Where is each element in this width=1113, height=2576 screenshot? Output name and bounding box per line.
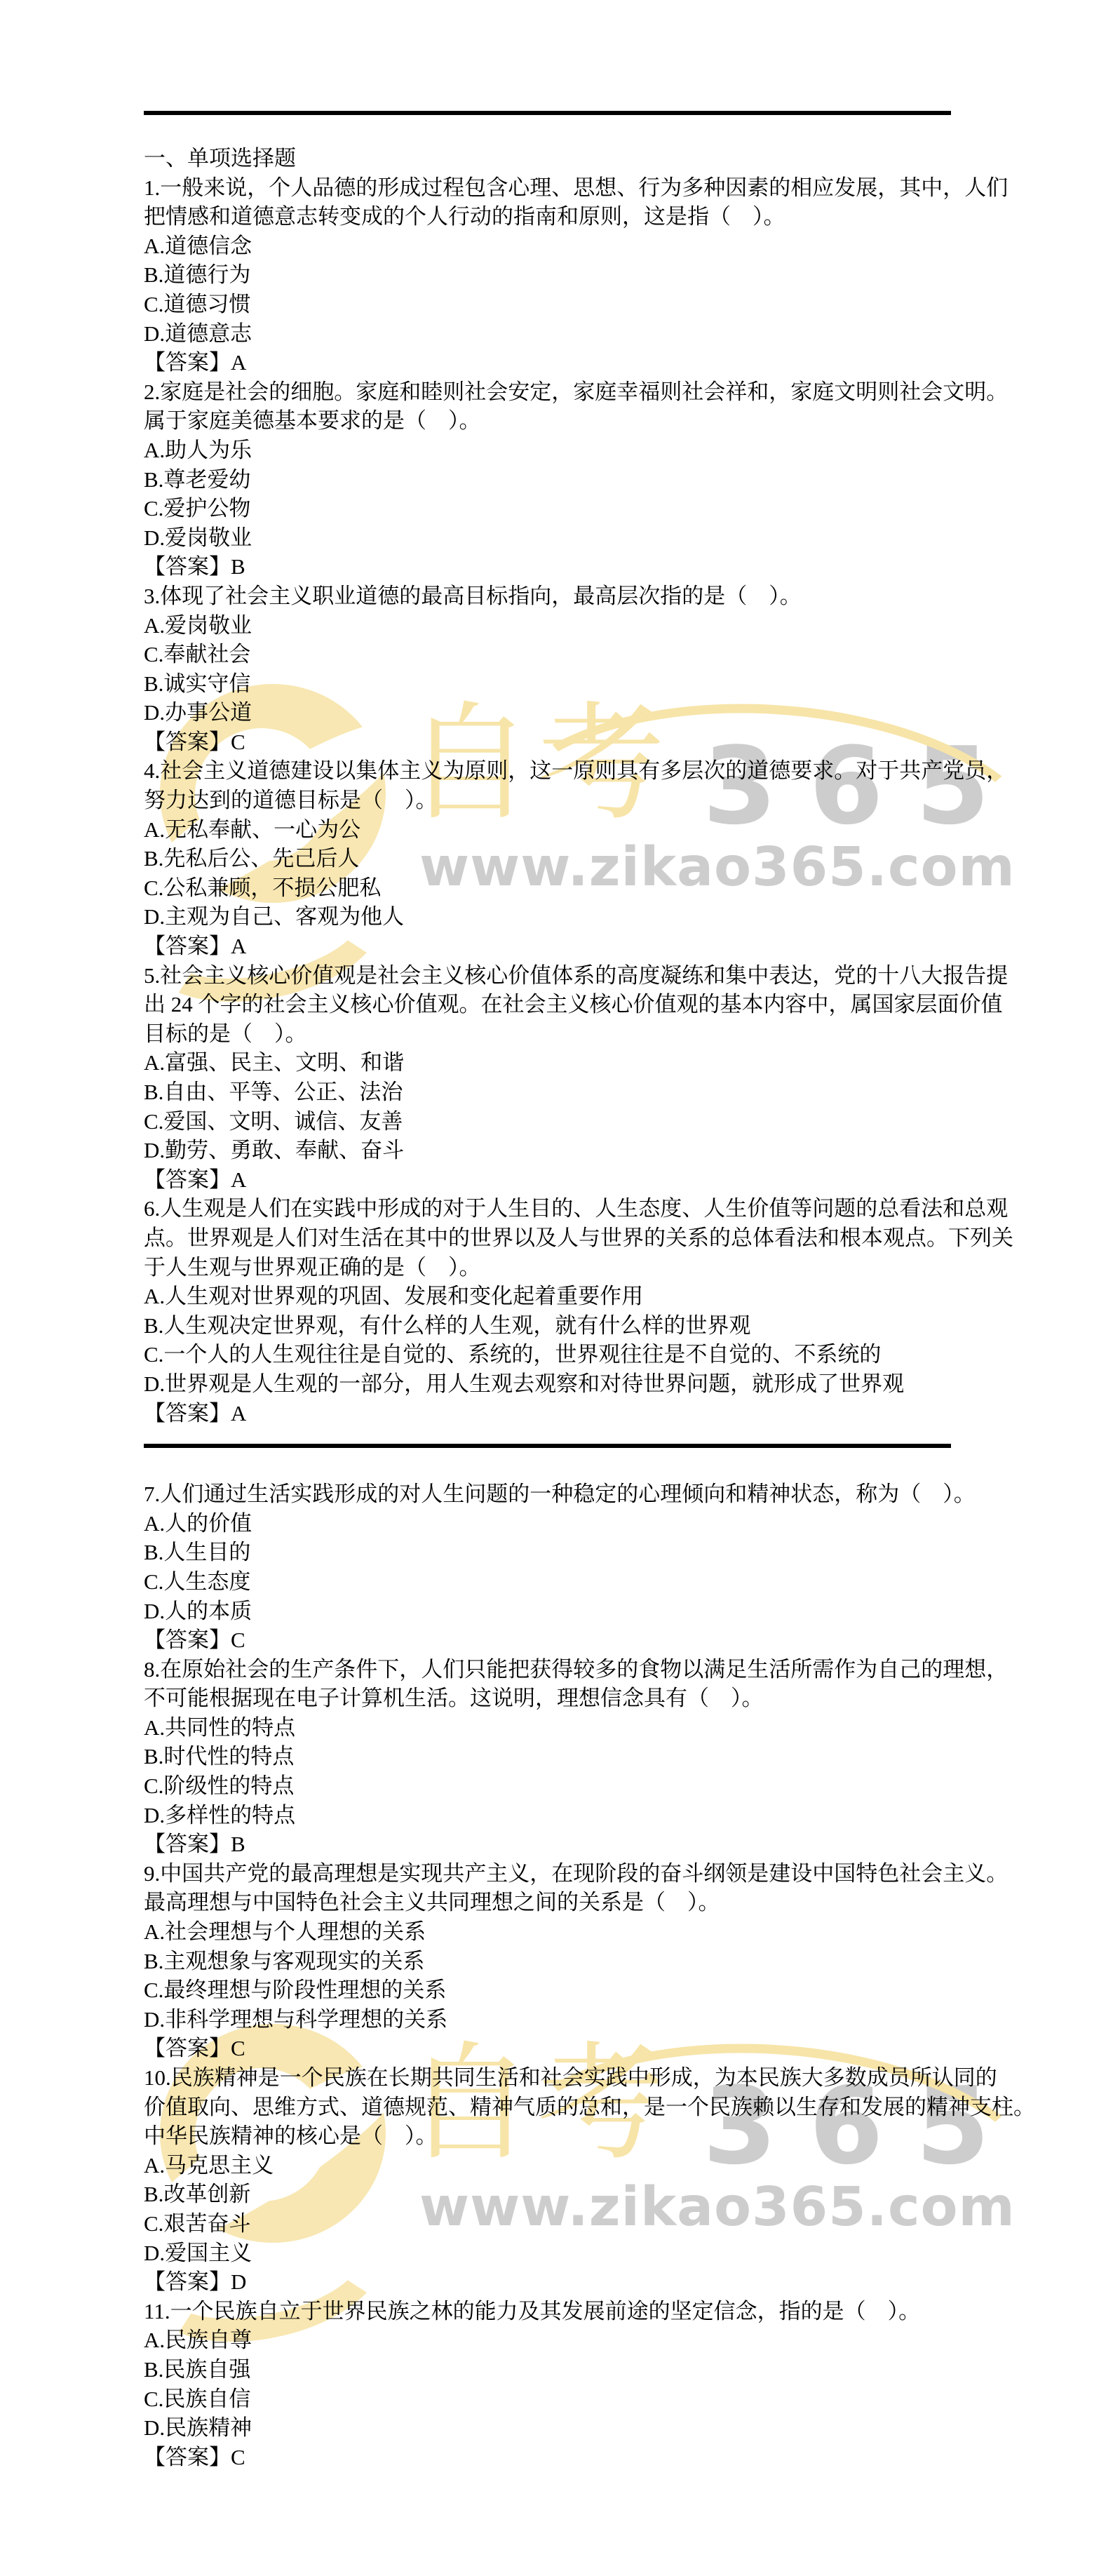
option-line: D.民族精神 bbox=[144, 2413, 964, 2443]
question-stem-line: 出 24 个字的社会主义核心价值观。在社会主义核心价值观的基本内容中，属国家层面… bbox=[144, 990, 964, 1019]
question-stem-line: 于人生观与世界观正确的是（ ）。 bbox=[144, 1253, 964, 1282]
option-line: B.尊老爱幼 bbox=[144, 465, 964, 495]
option-line: B.改革创新 bbox=[144, 2180, 964, 2209]
question-stem-line: 中华民族精神的核心是（ ）。 bbox=[144, 2121, 964, 2151]
answer-line: 【答案】A bbox=[144, 348, 964, 377]
option-line: C.最终理想与阶段性理想的关系 bbox=[144, 1975, 964, 2005]
option-line: D.多样性的特点 bbox=[144, 1801, 964, 1830]
option-line: C.道德习惯 bbox=[144, 290, 964, 319]
option-line: B.人生观决定世界观，有什么样的人生观，就有什么样的世界观 bbox=[144, 1311, 964, 1341]
page1-top-rule bbox=[144, 111, 951, 115]
question-stem-line: 属于家庭美德基本要求的是（ ）。 bbox=[144, 406, 964, 436]
answer-line: 【答案】A bbox=[144, 1165, 964, 1195]
question-stem-line: 1.一般来说，个人品德的形成过程包含心理、思想、行为多种因素的相应发展，其中，人… bbox=[144, 173, 964, 203]
option-line: A.马克思主义 bbox=[144, 2151, 964, 2180]
exam-document-page: { "page": { "section_title": "一、单项选择题", … bbox=[0, 0, 1113, 2576]
question-stem-line: 3.体现了社会主义职业道德的最高目标指向，最高层次指的是（ ）。 bbox=[144, 582, 964, 611]
option-line: A.共同性的特点 bbox=[144, 1713, 964, 1743]
option-line: C.公私兼顾，不损公肥私 bbox=[144, 873, 964, 903]
option-line: A.民族自尊 bbox=[144, 2326, 964, 2355]
question-stem-line: 2.家庭是社会的细胞。家庭和睦则社会安定，家庭幸福则社会祥和，家庭文明则社会文明… bbox=[144, 377, 964, 407]
option-line: B.自由、平等、公正、法治 bbox=[144, 1078, 964, 1107]
question-text-column: 一、单项选择题 1.一般来说，个人品德的形成过程包含心理、思想、行为多种因素的相… bbox=[144, 144, 964, 2471]
option-line: A.爱岗敬业 bbox=[144, 611, 964, 640]
option-line: A.无私奉献、一心为公 bbox=[144, 815, 964, 845]
question-stem-line: 6.人生观是人们在实践中形成的对于人生目的、人生态度、人生价值等问题的总看法和总… bbox=[144, 1194, 964, 1223]
option-line: B.人生目的 bbox=[144, 1538, 964, 1567]
answer-line: 【答案】A bbox=[144, 932, 964, 961]
option-line: C.爱护公物 bbox=[144, 494, 964, 523]
option-line: D.非科学理想与科学理想的关系 bbox=[144, 2005, 964, 2034]
question-stem-line: 5.社会主义核心价值观是社会主义核心价值体系的高度凝练和集中表达，党的十八大报告… bbox=[144, 961, 964, 991]
option-line: A.社会理想与个人理想的关系 bbox=[144, 1917, 964, 1947]
question-stem-line: 把情感和道德意志转变成的个人行动的指南和原则，这是指（ ）。 bbox=[144, 202, 964, 232]
answer-line: 【答案】C bbox=[144, 2443, 964, 2472]
question-stem-line: 目标的是（ ）。 bbox=[144, 1019, 964, 1049]
answer-line: 【答案】D bbox=[144, 2267, 964, 2297]
question-stem-line: 8.在原始社会的生产条件下，人们只能把获得较多的食物以满足生活所需作为自己的理想… bbox=[144, 1655, 964, 1684]
option-line: C.艰苦奋斗 bbox=[144, 2209, 964, 2239]
option-line: A.道德信念 bbox=[144, 232, 964, 261]
question-stem-line: 4.社会主义道德建设以集体主义为原则，这一原则具有多层次的道德要求。对于共产党员… bbox=[144, 756, 964, 786]
question-stem-line: 努力达到的道德目标是（ ）。 bbox=[144, 786, 964, 815]
option-line: A.助人为乐 bbox=[144, 436, 964, 465]
option-line: D.办事公道 bbox=[144, 698, 964, 727]
option-line: A.富强、民主、文明、和谐 bbox=[144, 1048, 964, 1078]
section-title: 一、单项选择题 bbox=[144, 144, 964, 173]
question-stem-line: 最高理想与中国特色社会主义共同理想之间的关系是（ ）。 bbox=[144, 1888, 964, 1917]
question-stem-line: 不可能根据现在电子计算机生活。这说明，理想信念具有（ ）。 bbox=[144, 1684, 964, 1713]
page-break-gap bbox=[144, 1428, 964, 1480]
option-line: D.人的本质 bbox=[144, 1597, 964, 1626]
question-stem-line: 点。世界观是人们对生活在其中的世界以及人与世界的关系的总体看法和根本观点。下列关 bbox=[144, 1223, 964, 1253]
answer-line: 【答案】C bbox=[144, 2034, 964, 2063]
option-line: D.主观为自己、客观为他人 bbox=[144, 902, 964, 932]
option-line: D.道德意志 bbox=[144, 319, 964, 349]
option-line: D.爱国主义 bbox=[144, 2239, 964, 2268]
option-line: A.人生观对世界观的巩固、发展和变化起着重要作用 bbox=[144, 1282, 964, 1311]
option-line: D.勤劳、勇敢、奉献、奋斗 bbox=[144, 1136, 964, 1165]
option-line: B.时代性的特点 bbox=[144, 1742, 964, 1771]
option-line: B.诚实守信 bbox=[144, 669, 964, 699]
option-line: C.一个人的人生观往往是自觉的、系统的，世界观往往是不自觉的、不系统的 bbox=[144, 1340, 964, 1369]
option-line: B.先私后公、先己后人 bbox=[144, 844, 964, 873]
question-stem-line: 10.民族精神是一个民族在长期共同生活和社会实践中形成，为本民族大多数成员所认同… bbox=[144, 2063, 964, 2093]
question-stem-line: 7.人们通过生活实践形成的对人生问题的一种稳定的心理倾向和精神状态，称为（ ）。 bbox=[144, 1480, 964, 1509]
option-line: C.奉献社会 bbox=[144, 640, 964, 669]
answer-line: 【答案】B bbox=[144, 552, 964, 582]
answer-line: 【答案】B bbox=[144, 1830, 964, 1859]
answer-line: 【答案】C bbox=[144, 1625, 964, 1655]
option-line: A.人的价值 bbox=[144, 1509, 964, 1538]
option-line: B.主观想象与客观现实的关系 bbox=[144, 1947, 964, 1976]
option-line: B.道德行为 bbox=[144, 260, 964, 290]
question-stem-line: 9.中国共产党的最高理想是实现共产主义，在现阶段的奋斗纲领是建设中国特色社会主义… bbox=[144, 1859, 964, 1889]
option-line: B.民族自强 bbox=[144, 2355, 964, 2384]
answer-line: 【答案】A bbox=[144, 1399, 964, 1428]
option-line: C.阶级性的特点 bbox=[144, 1771, 964, 1801]
option-line: C.爱国、文明、诚信、友善 bbox=[144, 1107, 964, 1136]
option-line: C.民族自信 bbox=[144, 2384, 964, 2414]
answer-line: 【答案】C bbox=[144, 727, 964, 757]
option-line: D.世界观是人生观的一部分，用人生观去观察和对待世界问题，就形成了世界观 bbox=[144, 1369, 964, 1399]
option-line: D.爱岗敬业 bbox=[144, 523, 964, 553]
question-stem-line: 价值取向、思维方式、道德规范、精神气质的总和，是一个民族赖以生存和发展的精神支柱… bbox=[144, 2093, 964, 2122]
question-stem-line: 11.一个民族自立于世界民族之林的能力及其发展前途的坚定信念，指的是（ ）。 bbox=[144, 2297, 964, 2326]
option-line: C.人生态度 bbox=[144, 1567, 964, 1597]
